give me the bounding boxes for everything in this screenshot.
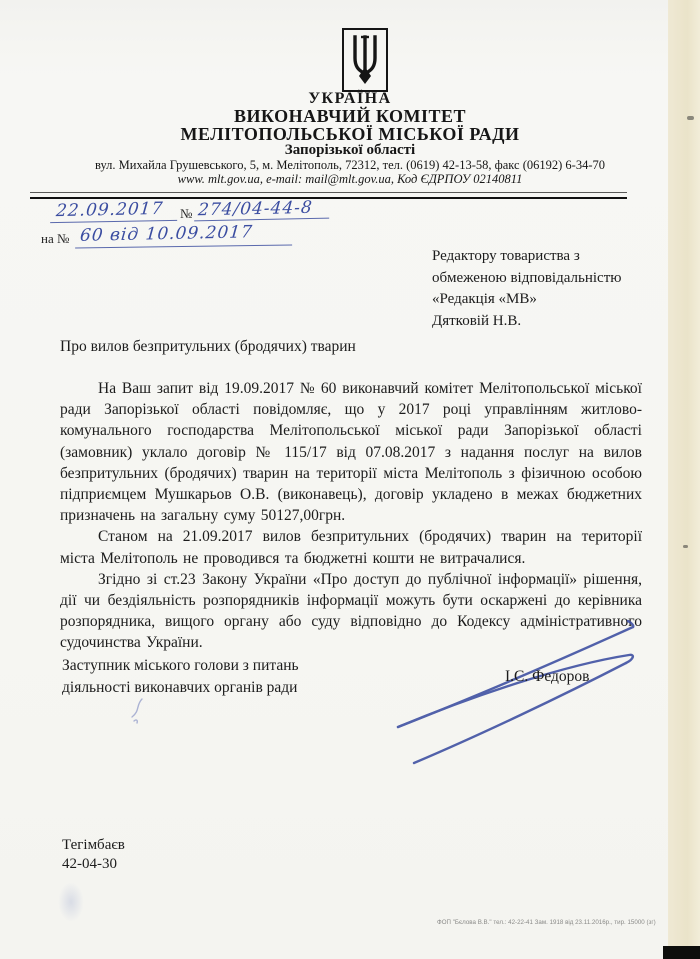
reply-to-label: на № <box>41 231 69 247</box>
reference-underline <box>194 200 329 222</box>
executor-block: Тегімбаєв 42-04-30 <box>62 836 125 874</box>
reference-underline <box>75 226 292 248</box>
recipient-block: Редактору товариства з обмеженою відпові… <box>432 246 662 332</box>
recipient-line: Дятковій Н.В. <box>432 311 662 333</box>
body-paragraph: Станом на 21.09.2017 вилов безпритульних… <box>60 526 642 568</box>
signer-position-line2: діяльності виконавчих органів ради <box>62 677 382 699</box>
ink-bleed-smudge <box>58 882 84 922</box>
scan-speck <box>683 545 688 548</box>
reference-underline <box>50 202 177 223</box>
print-shop-footer: ФОП "Бєлова В.В." тел.: 42-22-41 Зам. 19… <box>437 919 656 926</box>
header-contacts: www. mlt.gov.ua, e-mail: mail@mlt.gov.ua… <box>0 172 700 187</box>
header-divider-rule <box>30 192 627 199</box>
executor-phone: 42-04-30 <box>62 855 125 874</box>
number-sign-label: № <box>180 206 192 222</box>
header-region: Запорізької області <box>0 142 700 159</box>
ink-flourish-mark <box>128 697 148 725</box>
header-address: вул. Михайла Грушевського, 5, м. Мелітоп… <box>0 158 700 173</box>
signature-block: Заступник міського голови з питань діяль… <box>62 655 640 698</box>
letter-body: Про вилов безпритульних (бродячих) твари… <box>60 338 642 654</box>
handwritten-signature-icon <box>380 613 650 773</box>
signer-position-line1: Заступник міського голови з питань <box>62 655 382 677</box>
body-paragraph: На Ваш запит від 19.09.2017 № 60 виконав… <box>60 378 642 526</box>
scanned-letter-page: УКРАЇНА ВИКОНАВЧИЙ КОМІТЕТ МЕЛІТОПОЛЬСЬК… <box>0 0 700 959</box>
tryzub-emblem-icon <box>342 28 388 92</box>
recipient-line: «Редакція «МВ» <box>432 289 662 311</box>
scan-corner-bar <box>663 946 700 959</box>
subject-line: Про вилов безпритульних (бродячих) твари… <box>60 338 642 356</box>
signer-name: І.С. Федоров <box>505 668 590 686</box>
recipient-line: обмеженою відповідальністю <box>432 268 662 290</box>
recipient-line: Редактору товариства з <box>432 246 662 268</box>
executor-name: Тегімбаєв <box>62 836 125 855</box>
